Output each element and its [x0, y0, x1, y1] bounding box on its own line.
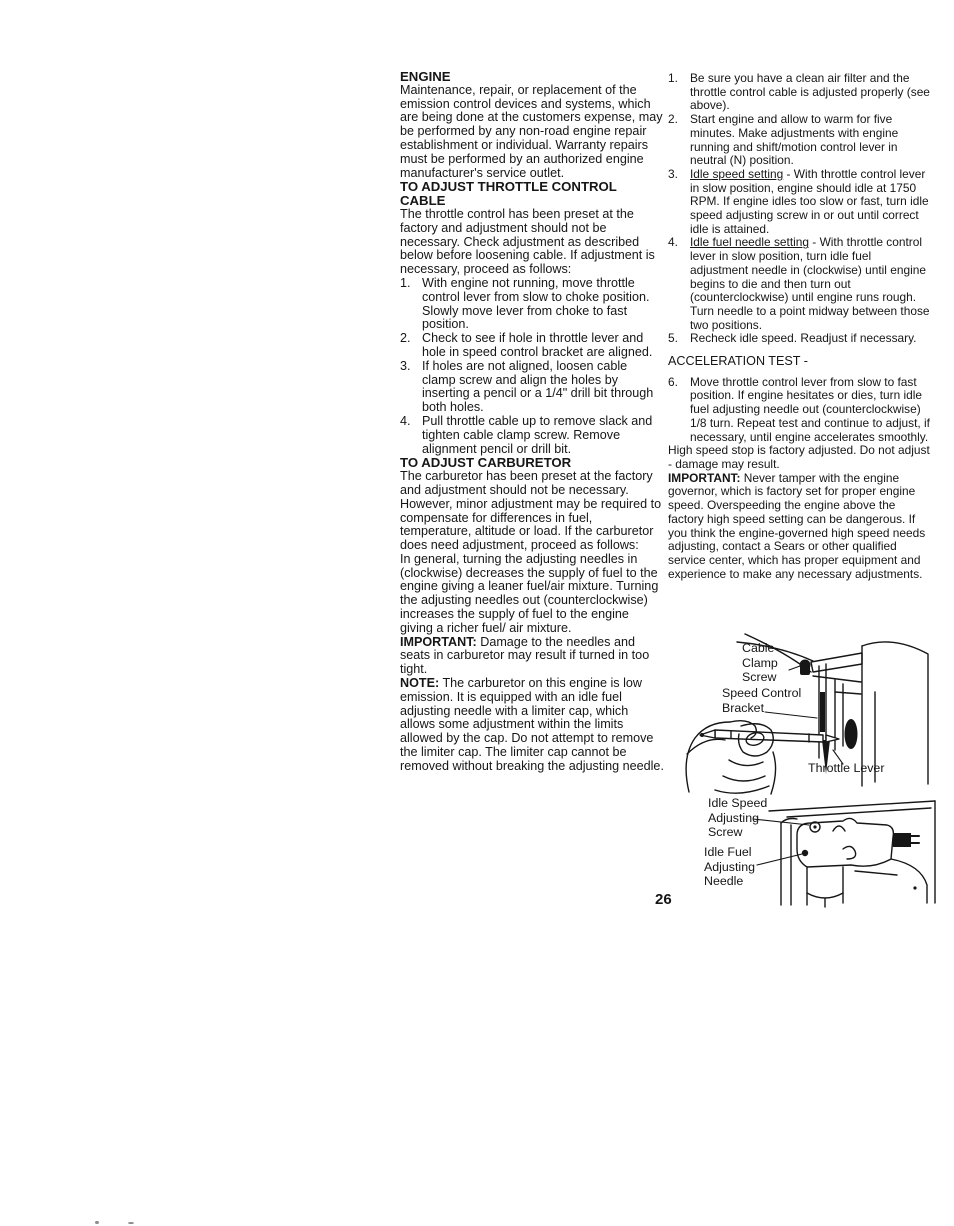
paragraph-important-right: IMPORTANT: Never tamper with the engine … [668, 472, 931, 582]
heading-carburetor: TO ADJUST CARBURETOR [400, 456, 664, 470]
step-number: 2. [400, 332, 422, 360]
step-text: Recheck idle speed. Readjust if necessar… [690, 332, 931, 346]
list-item: 6. Move throttle control lever from slow… [668, 376, 931, 445]
scan-speck [128, 1222, 134, 1224]
engine-top-edge [787, 808, 931, 817]
note-text: The carburetor on this engine is low emi… [400, 676, 664, 773]
spring-hook [833, 826, 845, 831]
paragraph-carburetor-2: In general, turning the adjusting needle… [400, 553, 664, 636]
step-number: 5. [668, 332, 690, 346]
note-label: NOTE: [400, 676, 439, 690]
manual-page: ENGINE Maintenance, repair, or replaceme… [0, 0, 954, 1226]
label-speed-control-bracket: Speed Control Bracket [722, 686, 801, 715]
bracket-crossbar [835, 692, 861, 694]
list-item: 3. If holes are not aligned, loosen cabl… [400, 360, 664, 415]
list-item: 1. Be sure you have a clean air filter a… [668, 72, 931, 113]
adjustment-steps: 1. Be sure you have a clean air filter a… [668, 72, 931, 346]
step-lead-idle-speed-setting: Idle speed setting [690, 167, 783, 181]
step-number: 2. [668, 113, 690, 168]
step-number: 1. [400, 277, 422, 332]
step-text: Move throttle control lever from slow to… [690, 376, 931, 445]
leader-cable-clamp-screw [789, 666, 800, 670]
paragraph-note: NOTE: The carburetor on this engine is l… [400, 677, 664, 774]
stray-dot [913, 886, 916, 889]
step-number: 3. [400, 360, 422, 415]
float-bowl [807, 867, 843, 898]
heading-engine: ENGINE [400, 70, 664, 84]
label-cable-clamp-screw: Cable Clamp Screw [742, 641, 778, 685]
bolt [893, 833, 911, 847]
leader-idle-fuel-needle [757, 854, 802, 865]
important-text: Never tamper with the engine governor, w… [668, 471, 925, 581]
step-text: Be sure you have a clean air filter and … [690, 72, 931, 113]
step-text: Idle fuel needle setting - With throttle… [690, 236, 931, 332]
engine-block-curve [891, 859, 927, 903]
paragraph-engine: Maintenance, repair, or replacement of t… [400, 84, 664, 181]
step-text: If holes are not aligned, loosen cable c… [422, 360, 664, 415]
list-item: 5. Recheck idle speed. Readjust if neces… [668, 332, 931, 346]
list-item: 2. Start engine and allow to warm for fi… [668, 113, 931, 168]
step-text: Check to see if hole in throttle lever a… [422, 332, 664, 360]
heading-acceleration-test: ACCELERATION TEST - [668, 355, 931, 369]
step-body: Recheck idle speed. Readjust if necessar… [690, 331, 916, 345]
bracket-slot [820, 692, 825, 732]
step-number: 4. [400, 415, 422, 456]
step-text: Pull throttle cable up to remove slack a… [422, 415, 664, 456]
engine-block-line [855, 871, 897, 875]
pencil-tip-right [826, 735, 839, 742]
step-number: 3. [668, 168, 690, 237]
step-text: With engine not running, move throttle c… [422, 277, 664, 332]
idle-fuel-needle-part [802, 850, 808, 856]
hand-outline [771, 752, 776, 794]
step-body: Be sure you have a clean air filter and … [690, 71, 930, 112]
step-body: Start engine and allow to warm for five … [690, 112, 898, 167]
paragraph-throttle-cable: The throttle control has been preset at … [400, 208, 664, 277]
important-label: IMPORTANT: [400, 635, 477, 649]
carburetor-body [797, 818, 893, 867]
page-number: 26 [655, 891, 672, 908]
bolt-threads [911, 836, 919, 843]
label-idle-fuel-adjusting-needle: Idle Fuel Adjusting Needle [704, 845, 755, 889]
list-item: 2. Check to see if hole in throttle leve… [400, 332, 664, 360]
step-lead-idle-fuel-needle-setting: Idle fuel needle setting [690, 235, 809, 249]
list-item: 4. Pull throttle cable up to remove slac… [400, 415, 664, 456]
hand-finger [729, 760, 763, 766]
paragraph-carburetor-1: The carburetor has been preset at the fa… [400, 470, 664, 553]
heading-throttle-cable: TO ADJUST THROTTLE CONTROL CABLE [400, 180, 664, 208]
carburetor-linkage [843, 846, 856, 859]
bracket-crossbar [813, 676, 861, 682]
list-item: 1. With engine not running, move throttl… [400, 277, 664, 332]
throttle-cable-steps: 1. With engine not running, move throttl… [400, 277, 664, 456]
step-number: 6. [668, 376, 690, 445]
label-idle-speed-adjusting-screw: Idle Speed Adjusting Screw [708, 796, 767, 840]
list-item: 4. Idle fuel needle setting - With throt… [668, 236, 931, 332]
step-number: 4. [668, 236, 690, 332]
list-item: 3. Idle speed setting - With throttle co… [668, 168, 931, 237]
step-number: 1. [668, 72, 690, 113]
important-label: IMPORTANT: [668, 471, 740, 485]
hand-finger [723, 776, 765, 781]
pencil-point [700, 733, 704, 737]
right-column: 1. Be sure you have a clean air filter a… [668, 72, 931, 581]
left-column: ENGINE Maintenance, repair, or replaceme… [400, 70, 664, 774]
throttle-lever-grip [845, 719, 858, 749]
label-throttle-lever: Throttle Lever [808, 761, 884, 776]
paragraph-important-left: IMPORTANT: Damage to the needles and sea… [400, 636, 664, 677]
step-body: - With throttle control lever in slow po… [690, 235, 930, 331]
step-text: Idle speed setting - With throttle contr… [690, 168, 931, 237]
cable-clamp-part [800, 662, 810, 675]
idle-speed-screw-center [813, 825, 816, 828]
step-text: Start engine and allow to warm for five … [690, 113, 931, 168]
paragraph-high-speed: High speed stop is factory adjusted. Do … [668, 444, 931, 471]
scan-speck [95, 1221, 99, 1224]
